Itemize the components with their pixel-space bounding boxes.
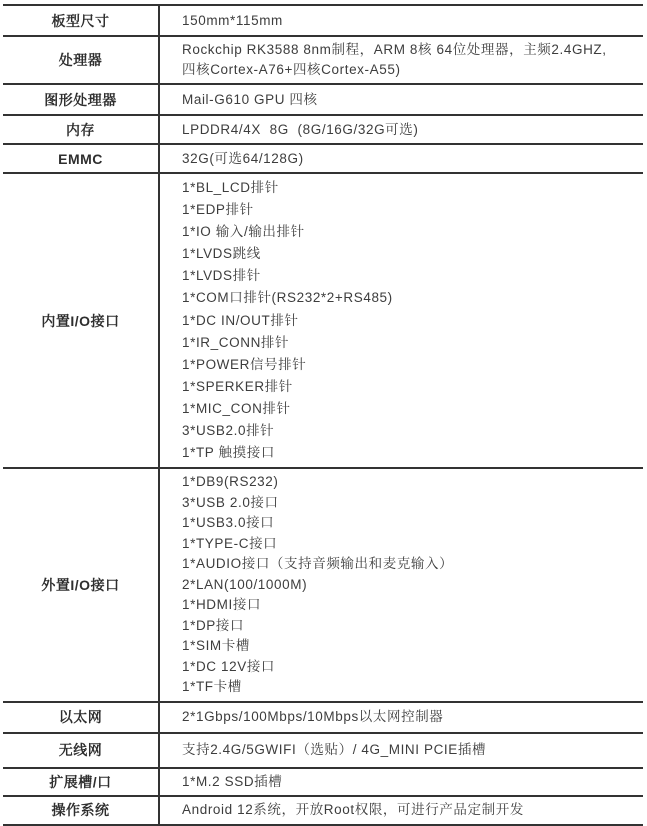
spec-value-line: 1*IO 输入/输出排针	[182, 221, 635, 243]
spec-value-line: Mail-G610 GPU 四核	[182, 90, 635, 110]
spec-value-line: 1*LVDS跳线	[182, 243, 635, 265]
spec-value: 1*BL_LCD排针1*EDP排针1*IO 输入/输出排针1*LVDS跳线1*L…	[158, 174, 643, 467]
spec-label: 图形处理器	[3, 85, 158, 114]
spec-value-line: 1*SPERKER排针	[182, 376, 635, 398]
spec-value-line: 四核Cortex-A76+四核Cortex-A55)	[182, 60, 635, 80]
spec-value-line: Rockchip RK3588 8nm制程，ARM 8核 64位处理器，主频2.…	[182, 40, 635, 60]
spec-value: 支持2.4G/5GWIFI（选贴）/ 4G_MINI PCIE插槽	[158, 734, 643, 767]
spec-table: 板型尺寸150mm*115mm处理器Rockchip RK3588 8nm制程，…	[3, 4, 643, 814]
spec-value: 32G(可选64/128G)	[158, 145, 643, 172]
spec-row: 无线网支持2.4G/5GWIFI（选贴）/ 4G_MINI PCIE插槽	[3, 734, 643, 769]
spec-value-line: 2*1Gbps/100Mbps/10Mbps以太网控制器	[182, 707, 635, 727]
spec-value-line: 150mm*115mm	[182, 11, 635, 31]
spec-row: 以太网2*1Gbps/100Mbps/10Mbps以太网控制器	[3, 703, 643, 734]
spec-value: Rockchip RK3588 8nm制程，ARM 8核 64位处理器，主频2.…	[158, 37, 643, 83]
spec-value-line: 1*DB9(RS232)	[182, 472, 635, 493]
spec-value-line: 1*SIM卡槽	[182, 636, 635, 657]
spec-value: 1*DB9(RS232)3*USB 2.0接口1*USB3.0接口1*TYPE-…	[158, 469, 643, 701]
spec-value: LPDDR4/4X 8G (8G/16G/32G可选)	[158, 116, 643, 143]
spec-label: 操作系统	[3, 797, 158, 814]
spec-value: Android 12系统，开放Root权限，可进行产品定制开发	[158, 797, 643, 814]
spec-value-line: 1*TF卡槽	[182, 677, 635, 698]
spec-row: 外置I/O接口1*DB9(RS232)3*USB 2.0接口1*USB3.0接口…	[3, 469, 643, 703]
spec-label: 内存	[3, 116, 158, 143]
spec-value-line: 1*TYPE-C接口	[182, 534, 635, 555]
spec-value-line: 1*DC IN/OUT排针	[182, 310, 635, 332]
spec-value-line: 1*TP 触摸接口	[182, 442, 635, 464]
spec-value-line: 1*LVDS排针	[182, 265, 635, 287]
spec-value: 150mm*115mm	[158, 6, 643, 35]
spec-label: 无线网	[3, 734, 158, 767]
spec-row: 处理器Rockchip RK3588 8nm制程，ARM 8核 64位处理器，主…	[3, 37, 643, 85]
spec-value-line: 1*DC 12V接口	[182, 657, 635, 678]
spec-row: 操作系统Android 12系统，开放Root权限，可进行产品定制开发	[3, 797, 643, 814]
spec-row: EMMC32G(可选64/128G)	[3, 145, 643, 174]
spec-row: 内置I/O接口1*BL_LCD排针1*EDP排针1*IO 输入/输出排针1*LV…	[3, 174, 643, 469]
spec-value-line: 3*USB2.0排针	[182, 420, 635, 442]
spec-value-line: 1*IR_CONN排针	[182, 332, 635, 354]
spec-label: 外置I/O接口	[3, 469, 158, 701]
spec-row: 扩展槽/口1*M.2 SSD插槽	[3, 769, 643, 797]
spec-value-line: 支持2.4G/5GWIFI（选贴）/ 4G_MINI PCIE插槽	[182, 740, 635, 760]
spec-row: 图形处理器Mail-G610 GPU 四核	[3, 85, 643, 116]
spec-value-line: 1*HDMI接口	[182, 595, 635, 616]
spec-label: 扩展槽/口	[3, 769, 158, 795]
spec-value-line: 1*MIC_CON排针	[182, 398, 635, 420]
spec-label: EMMC	[3, 145, 158, 172]
spec-value-line: 1*COM口排针(RS232*2+RS485)	[182, 287, 635, 309]
spec-row: 内存LPDDR4/4X 8G (8G/16G/32G可选)	[3, 116, 643, 145]
spec-value-line: 1*DP接口	[182, 616, 635, 637]
spec-value-line: 1*M.2 SSD插槽	[182, 772, 635, 792]
spec-value-line: Android 12系统，开放Root权限，可进行产品定制开发	[182, 800, 635, 814]
spec-value-line: 3*USB 2.0接口	[182, 493, 635, 514]
spec-label: 以太网	[3, 703, 158, 732]
spec-row: 板型尺寸150mm*115mm	[3, 6, 643, 37]
spec-value-line: 2*LAN(100/1000M)	[182, 575, 635, 596]
spec-value: Mail-G610 GPU 四核	[158, 85, 643, 114]
spec-value-line: 1*POWER信号排针	[182, 354, 635, 376]
spec-value-line: 32G(可选64/128G)	[182, 149, 635, 169]
spec-value-line: 1*USB3.0接口	[182, 513, 635, 534]
spec-value: 1*M.2 SSD插槽	[158, 769, 643, 795]
spec-value: 2*1Gbps/100Mbps/10Mbps以太网控制器	[158, 703, 643, 732]
spec-value-line: LPDDR4/4X 8G (8G/16G/32G可选)	[182, 120, 635, 140]
spec-value-line: 1*BL_LCD排针	[182, 177, 635, 199]
spec-value-line: 1*EDP排针	[182, 199, 635, 221]
spec-label: 处理器	[3, 37, 158, 83]
spec-label: 内置I/O接口	[3, 174, 158, 467]
spec-value-line: 1*AUDIO接口（支持音频输出和麦克输入）	[182, 554, 635, 575]
spec-label: 板型尺寸	[3, 6, 158, 35]
